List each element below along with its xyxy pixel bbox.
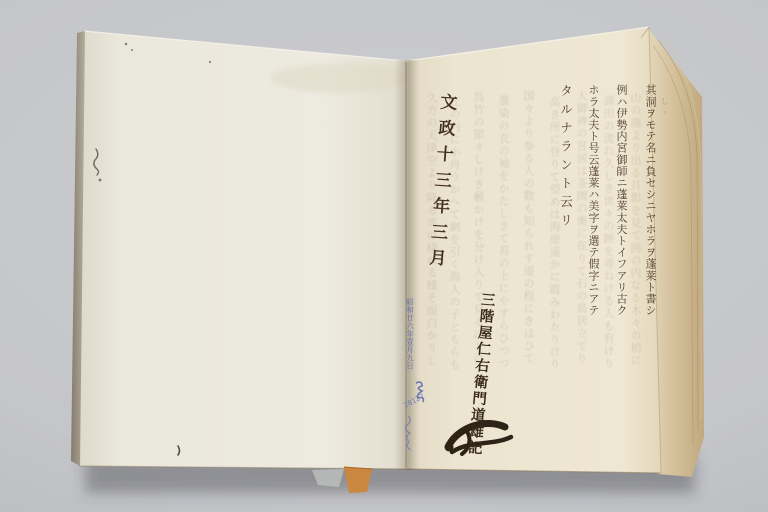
ghost-text-column: 大御神の宮居は茶園の奥に在りて石の鳥居立てり bbox=[576, 90, 587, 365]
ghost-text-column: 山の端より出る月影を見て囲の内なる木々の梢に bbox=[630, 92, 641, 367]
furigana-annotation: しゝ bbox=[660, 97, 668, 119]
manuscript-text-column-4: タルナラント云リ bbox=[559, 84, 572, 232]
faint-stain bbox=[270, 63, 410, 93]
accession-stamp: 昭和廿六年壹月九日 bbox=[406, 298, 414, 370]
ghost-text-column: 国々より参る人の数も知られす道の程にきはひて bbox=[523, 90, 534, 365]
manuscript-text-column-2: 例ハ伊勢内宮御師ニ蓬莱太夫トイフアリ古ク bbox=[616, 84, 627, 316]
manuscript-text-column-3: ホラ太夫ト号云蓬莱ハ美字ヲ選テ假字ニアテ bbox=[588, 84, 599, 316]
ghost-text-column: 浦田の流れ久しき世々の跡を尋ねける人も有けり bbox=[603, 95, 614, 370]
manuscript-text-column-1: 其洞ヲモテ名ニ負セシニヤホラヲ蓬莱ト書シ bbox=[645, 84, 656, 316]
ghost-text-column: 墨染の衣の袖をかたしきて苔の上にやすらひつつ bbox=[498, 95, 509, 370]
photo-stage: 山の端より出る月影を見て囲の内なる木々の梢に 浦田の流れ久しき世々の跡を尋ねける… bbox=[0, 0, 768, 512]
left-page bbox=[79, 31, 410, 469]
